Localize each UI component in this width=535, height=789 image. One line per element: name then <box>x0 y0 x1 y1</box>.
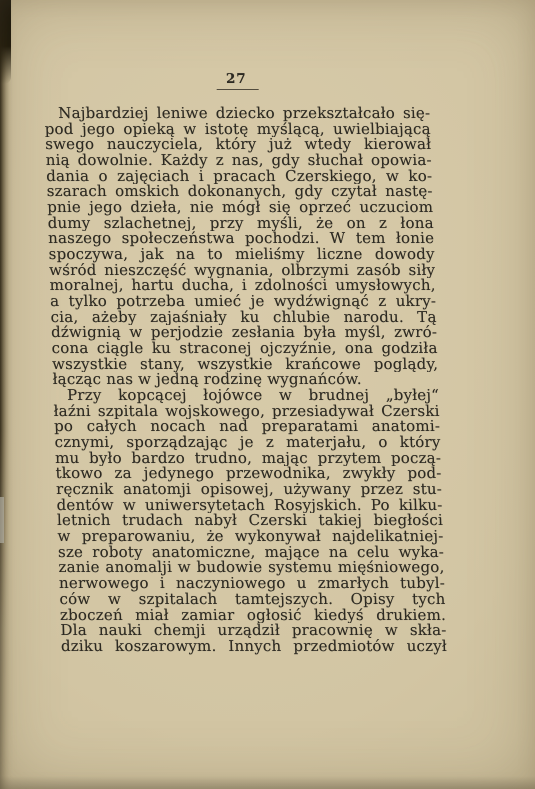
text-line: wszystkie stany, wszystkie krańcowe pogl… <box>52 357 438 373</box>
text-line: dania o zajęciach i pracach Czerskiego, … <box>46 169 432 185</box>
page-bottom-shadow <box>0 776 535 789</box>
text-line: dentów w uniwersytetach Rosyjskich. Po k… <box>56 498 442 514</box>
text-line: łącząc nas w jedną rodzinę wygnańców. <box>52 372 438 388</box>
text-line: swego nauczyciela, który już wtedy kiero… <box>45 137 431 153</box>
text-line: szarach omskich dokonanych, gdy czytał n… <box>46 184 432 200</box>
left-edge-smudge <box>0 497 4 543</box>
text-line: łaźni szpitala wojskowego, przesiadywał … <box>53 404 439 420</box>
text-line: Najbardziej leniwe dziecko przekształcał… <box>44 106 430 122</box>
text-line: Dla nauki chemji urządził pracownię w sk… <box>60 623 446 639</box>
text-line: dumy szlachetnej, przy myśli, że on z ło… <box>47 216 433 232</box>
text-line: cona ciągle ku straconej ojczyźnie, ona … <box>51 341 437 357</box>
text-line: cia, ażeby zajaśniały ku chlubie narodu.… <box>50 310 436 326</box>
text-line: cznymi, sporządzając je z materjału, o k… <box>54 435 440 451</box>
text-line: sze roboty anatomiczne, mające na celu w… <box>58 545 444 561</box>
text-line: a tylko potrzeba umieć je wydźwignąć z u… <box>50 294 436 310</box>
page-header: 27 <box>44 68 431 90</box>
text-line: po całych nocach nad preparatami anatomi… <box>54 419 440 435</box>
text-line: spoczywa, jak na to mieliśmy liczne dowo… <box>48 247 434 263</box>
text-line: letnich trudach nabył Czerski takiej bie… <box>57 513 443 529</box>
text-line: naszego społeczeństwa pochodzi. W tem ło… <box>48 231 434 247</box>
text-line: tkowo za jedynego przewodnika, zwykły po… <box>55 466 441 482</box>
text-line: pod jego opieką w istotę myślącą, uwielb… <box>44 122 430 138</box>
text-line: nią dowolnie. Każdy z nas, gdy słuchał o… <box>45 153 431 169</box>
text-line: wśród nieszczęść wygnania, olbrzymi zasó… <box>49 263 435 279</box>
text-line: nerwowego i naczyniowego u zmarłych tuby… <box>59 576 445 592</box>
gutter-top-shadow <box>0 0 11 84</box>
text-line: Przy kopcącej łojówce w brudnej „byłej“ <box>53 388 439 404</box>
text-line: ręcznik anatomji opisowej, używany przez… <box>56 482 442 498</box>
page-number: 27 <box>216 71 259 90</box>
text-line: zanie anomalji w budowie systemu mięśnio… <box>58 560 444 576</box>
text-line: dźwignią w perjodzie zesłania była myśl,… <box>51 325 437 341</box>
book-gutter-fade <box>0 430 13 789</box>
text-line: zboczeń miał zamiar ogłosić kiedyś druki… <box>60 608 446 624</box>
text-line: w preparowaniu, że wykonywał najdelikatn… <box>57 529 443 545</box>
text-line: dziku koszarowym. Innych przedmiotów ucz… <box>61 639 447 655</box>
text-line: mu było bardzo trudno, mając przytem poc… <box>55 451 441 467</box>
scanned-page: 27 Najbardziej leniwe dziecko przekształ… <box>0 0 535 789</box>
page-text: Najbardziej leniwe dziecko przekształcał… <box>44 106 447 655</box>
text-line: ców w szpitalach tamtejszych. Opisy tych <box>59 592 445 608</box>
text-line: pnie jego dzieła, nie mógł się oprzeć uc… <box>47 200 433 216</box>
text-line: moralnej, hartu ducha, i zdolności umysł… <box>49 278 435 294</box>
